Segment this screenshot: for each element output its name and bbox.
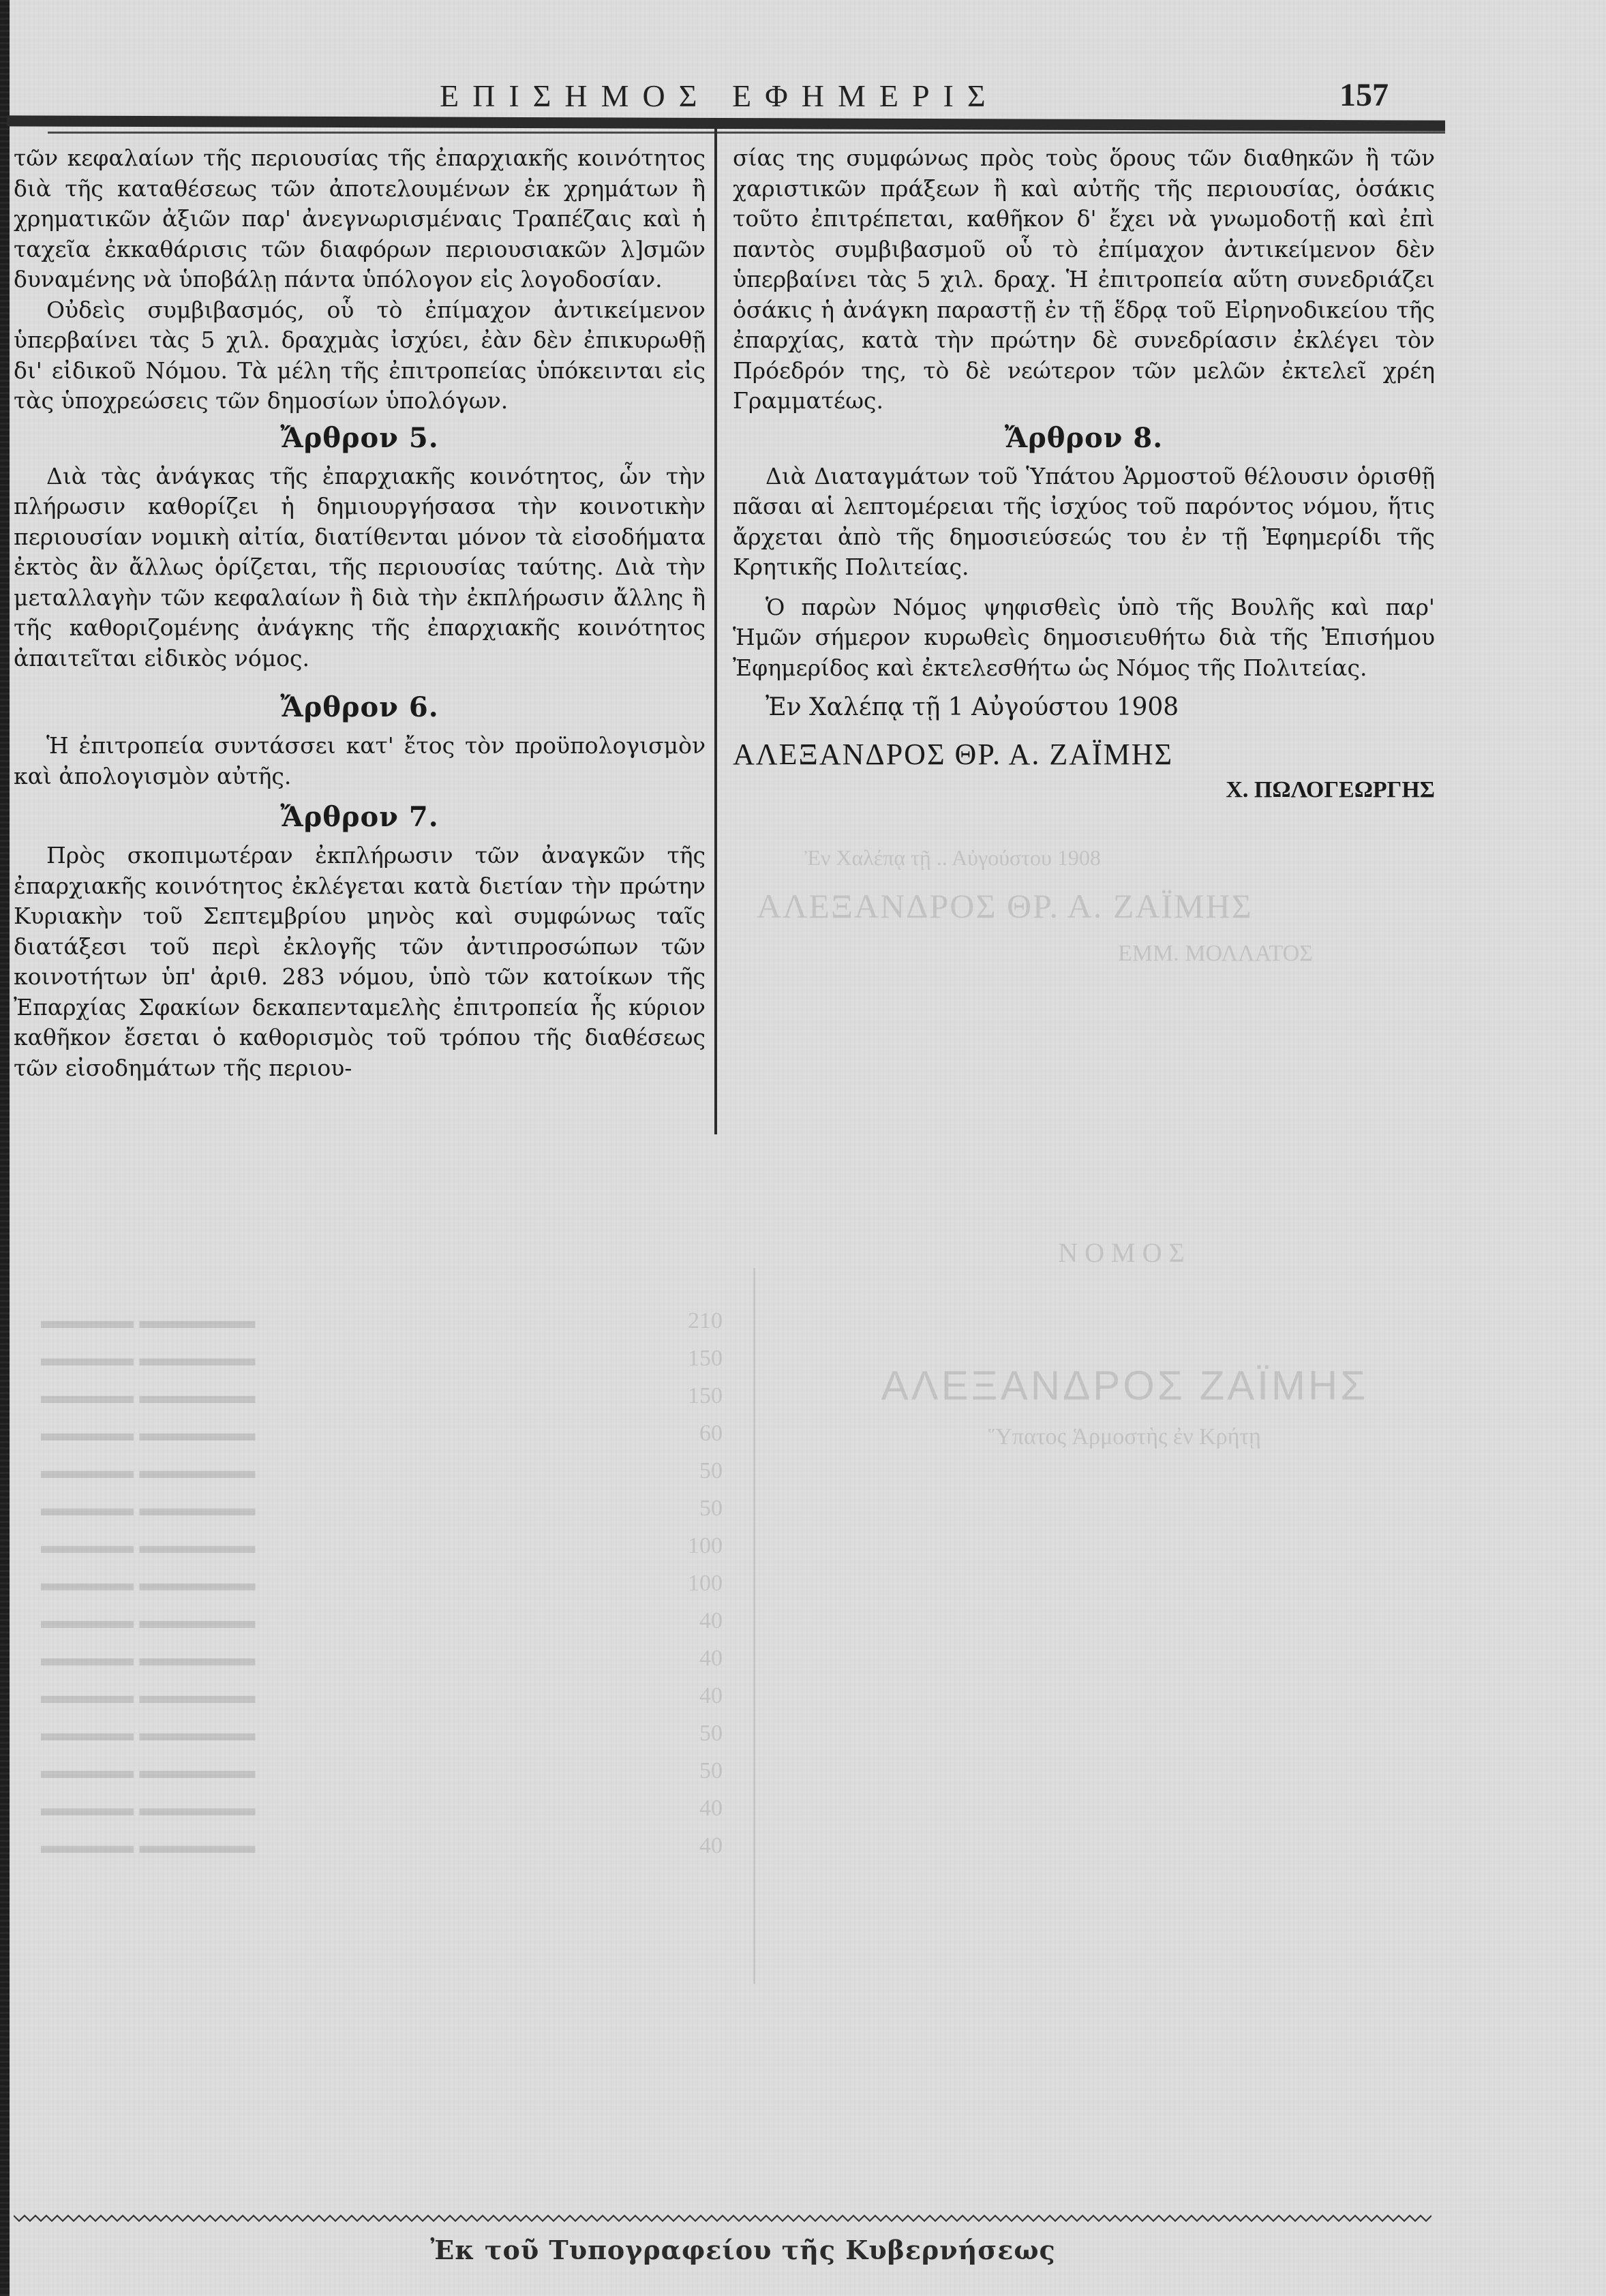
intro-paragraph-1: τῶν κεφαλαίων τῆς περιουσίας τῆς ἐπαρχια…: [14, 143, 706, 295]
ghost-amount-row: ▬▬▬▬ ▬▬▬▬▬100: [41, 1527, 723, 1565]
intro-paragraph-2: Οὐδεὶς συμβιβασμός, οὗ τὸ ἐπίμαχον ἀντικ…: [14, 295, 706, 417]
footer-wavy-rule: [14, 2214, 1431, 2222]
ghost-amount-row: ▬▬▬▬ ▬▬▬▬▬50: [41, 1752, 723, 1789]
article-5-text: Διὰ τὰς ἀνάγκας τῆς ἐπαρχιακῆς κοινότητο…: [14, 462, 706, 674]
cosignatory-name: Χ. ΠΩΛΟΓΕΩΡΓΗΣ: [733, 775, 1435, 806]
header-rule-thick: [7, 115, 1445, 131]
ghost-amount-row: ▬▬▬▬ ▬▬▬▬▬50: [41, 1452, 723, 1490]
article-5-heading: Ἄρθρον 5.: [14, 419, 706, 457]
article-7-text: Πρὸς σκοπιμωτέραν ἐκπλήρωσιν τῶν ἀναγκῶν…: [14, 841, 706, 1083]
ghost-subtitle: Ὕπατος Ἁρμοστὴς ἐν Κρήτῃ: [784, 1418, 1466, 1455]
ghost-amount-row: ▬▬▬▬ ▬▬▬▬▬40: [41, 1827, 723, 1864]
ghost-amount-row: ▬▬▬▬ ▬▬▬▬▬40: [41, 1602, 723, 1640]
article-7-heading: Ἄρθρον 7.: [14, 798, 706, 836]
ghost-amount-list: ▬▬▬▬ ▬▬▬▬▬210▬▬▬▬ ▬▬▬▬▬150▬▬▬▬ ▬▬▬▬▬150▬…: [41, 1152, 723, 1864]
ghost-amount-row: ▬▬▬▬ ▬▬▬▬▬40: [41, 1677, 723, 1715]
date-line: Ἐν Χαλέπᾳ τῇ 1 Αὐγούστου 1908: [733, 693, 1435, 723]
ghost-column-divider: [753, 1268, 755, 1984]
column-divider: [714, 128, 717, 1134]
article-6-text: Ἡ ἐπιτροπεία συντάσσει κατ' ἔτος τὸν προ…: [14, 731, 706, 791]
ghost-amount-row: ▬▬▬▬ ▬▬▬▬▬100: [41, 1565, 723, 1602]
scan-left-edge: [0, 0, 10, 2296]
article-6-heading: Ἄρθρον 6.: [14, 689, 706, 727]
article-8-text: Διὰ Διαταγμάτων τοῦ Ὑπάτου Ἁρμοστοῦ θέλο…: [733, 462, 1435, 583]
right-column: σίας της συμφώνως πρὸς τοὺς ὅρους τῶν δι…: [733, 143, 1435, 806]
ghost-amount-row: ▬▬▬▬ ▬▬▬▬▬40: [41, 1640, 723, 1677]
masthead: ΕΠΙΣΗΜΟΣ ΕΦΗΜΕΡΙΣ 157: [0, 75, 1606, 116]
ghost-amount-row: ▬▬▬▬ ▬▬▬▬▬150: [41, 1340, 723, 1377]
ghost-law-block: ΝΟΜΟΣ ΑΛΕΞΑΝΔΡΟΣ ΖΑΪΜΗΣ Ὕπατος Ἁρμοστὴς …: [784, 1152, 1466, 1455]
ghost-amount-row: ▬▬▬▬ ▬▬▬▬▬60: [41, 1415, 723, 1452]
ghost-amount-row: ▬▬▬▬ ▬▬▬▬▬50: [41, 1490, 723, 1527]
header-rule-thin: [48, 132, 1445, 134]
ghost-law-heading: ΝΟΜΟΣ: [784, 1234, 1466, 1271]
ghost-signatory: ΑΛΕΞΑΝΔΡΟΣ ΘΡ. Α. ΖΑΪΜΗΣ: [757, 886, 1253, 926]
printer-imprint: Ἐκ τοῦ Τυπογραφείου τῆς Κυβερνήσεως: [368, 2235, 1118, 2265]
signatory-name: ΑΛΕΞΑΝΔΡΟΣ ΘΡ. Α. ΖΑΪΜΗΣ: [733, 740, 1435, 770]
ghost-amount-row: ▬▬▬▬ ▬▬▬▬▬210: [41, 1302, 723, 1340]
article-8-heading: Ἄρθρον 8.: [733, 419, 1435, 457]
ghost-amount-row: ▬▬▬▬ ▬▬▬▬▬50: [41, 1715, 723, 1752]
article-7-continued: σίας της συμφώνως πρὸς τοὺς ὅρους τῶν δι…: [733, 143, 1435, 417]
ghost-date-line: Ἐν Χαλέπᾳ τῇ .. Αὐγούστου 1908: [804, 845, 1101, 871]
enactment-clause: Ὁ παρὼν Νόμος ψηφισθεὶς ὑπὸ τῆς Βουλῆς κ…: [733, 592, 1435, 684]
ghost-big-name: ΑΛΕΞΑΝΔΡΟΣ ΖΑΪΜΗΣ: [784, 1367, 1466, 1404]
gazette-title: ΕΠΙΣΗΜΟΣ ΕΦΗΜΕΡΙΣ: [440, 78, 999, 114]
ghost-amount-row: ▬▬▬▬ ▬▬▬▬▬150: [41, 1377, 723, 1415]
page-number: 157: [1339, 76, 1389, 114]
ghost-amount-row: ▬▬▬▬ ▬▬▬▬▬40: [41, 1789, 723, 1827]
ghost-cosignatory: ΕΜΜ. ΜΟΛΛΑΤΟΣ: [1118, 941, 1313, 967]
left-column: τῶν κεφαλαίων τῆς περιουσίας τῆς ἐπαρχια…: [14, 143, 706, 1083]
